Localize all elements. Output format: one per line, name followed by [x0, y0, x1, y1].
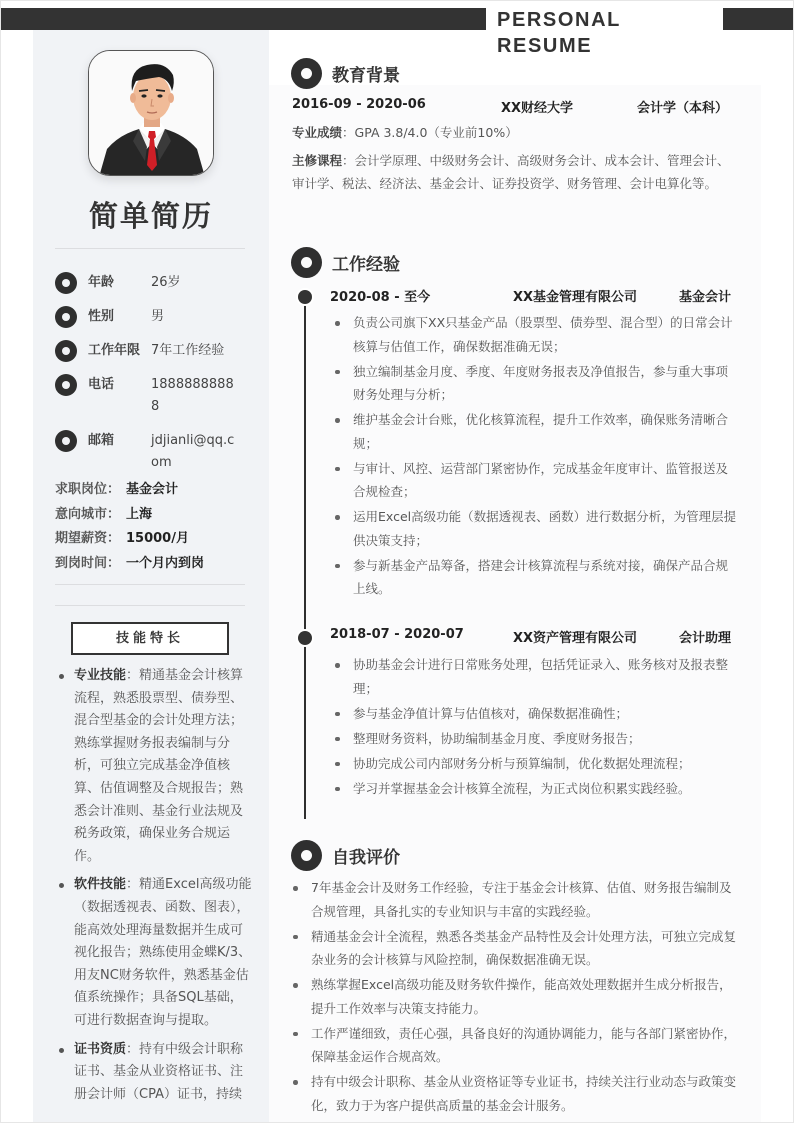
self-evaluation-bullet: 工作严谨细致，责任心强，具备良好的沟通协调能力，能与各部门紧密协作，保障基金运作… — [288, 1022, 738, 1069]
divider — [55, 584, 245, 585]
info-label: 年龄 — [77, 272, 151, 294]
experience-bullets: 协助基金会计进行日常账务处理，包括凭证录入、账务核对及报表整理； 参与基金净值计… — [330, 653, 740, 802]
job-intent-label: 到岗时间： — [55, 552, 126, 577]
experience-period: 2020-08 - 至今 — [330, 286, 430, 305]
experience-bullets: 负责公司旗下XX只基金产品（股票型、债券型、混合型）的日常会计核算与估值工作，确… — [330, 311, 740, 602]
section-title: 教育背景 — [332, 61, 400, 86]
job-intent-label: 期望薪资： — [55, 527, 126, 552]
job-intent-value: 15000/月 — [126, 531, 189, 546]
info-label: 工作年限 — [77, 340, 151, 362]
experience-bullet: 学习并掌握基金会计核算全流程，为正式岗位积累实践经验。 — [330, 777, 740, 801]
section-title: 自我评价 — [332, 843, 400, 868]
experience-header: 2020-08 - 至今 XX基金管理有限公司 基金会计 — [330, 286, 740, 308]
section-title: 工作经验 — [332, 250, 400, 275]
bullet-ring-icon — [55, 272, 77, 294]
skill-item: 软件技能：精通Excel高级功能（数据透视表、函数、图表），能高效处理海量数据并… — [55, 874, 255, 1032]
experience-bullet: 与审计、风控、运营部门紧密协作，完成基金年度审计、监管报送及合规检查； — [330, 457, 740, 504]
basic-info-list: 年龄 26岁 性别 男 工作年限 7年工作经验 电话 18888888888 邮… — [55, 272, 255, 486]
section-self-evaluation-header: 自我评价 — [291, 840, 400, 871]
experience-bullet: 协助完成公司内部财务分析与预算编制，优化数据处理流程； — [330, 752, 740, 776]
job-intent-list: 求职岗位：基金会计 意向城市：上海 期望薪资：15000/月 到岗时间：一个月内… — [55, 478, 255, 576]
experience-bullet: 独立编制基金月度、季度、年度财务报表及净值报告，参与重大事项财务处理与分析； — [330, 360, 740, 407]
resume-title: 简单简历 — [33, 194, 269, 235]
info-value: 7年工作经验 — [151, 340, 235, 362]
skill-name: 证书资质 — [74, 1042, 126, 1057]
experience-period: 2018-07 - 2020-07 — [330, 627, 464, 642]
bullet-ring-icon — [55, 374, 77, 396]
skill-item: 证书资质：持有中级会计职称证书、基金从业资格证书、注册会计师（CPA）证书，持续 — [55, 1039, 255, 1107]
info-row-age: 年龄 26岁 — [55, 272, 255, 294]
education-period: 2016-09 - 2020-06 — [292, 97, 426, 112]
job-intent-label: 求职岗位： — [55, 478, 126, 503]
bullet-ring-icon — [55, 306, 77, 328]
header-bar-left — [1, 8, 486, 30]
experience-bullet: 维护基金会计台账，优化核算流程，提升工作效率，确保账务清晰合规； — [330, 408, 740, 455]
timeline-dot-icon — [298, 631, 312, 645]
main-content: 教育背景 2016-09 - 2020-06 XX财经大学 会计学（本科） 专业… — [269, 30, 794, 1123]
experience-company: XX基金管理有限公司 — [513, 286, 637, 305]
experience-bullet: 负责公司旗下XX只基金产品（股票型、债券型、混合型）的日常会计核算与估值工作，确… — [330, 311, 740, 358]
education-gpa: 专业成绩：GPA 3.8/4.0（专业前10%） — [292, 122, 736, 145]
job-intent-value: 基金会计 — [126, 482, 178, 497]
info-value: 26岁 — [151, 272, 235, 294]
experience-header: 2018-07 - 2020-07 XX资产管理有限公司 会计助理 — [330, 627, 740, 649]
experience-bullet: 运用Excel高级功能（数据透视表、函数）进行数据分析，为管理层提供决策支持； — [330, 505, 740, 552]
section-ring-icon — [291, 58, 322, 89]
info-label: 电话 — [77, 374, 151, 396]
job-intent-row: 求职岗位：基金会计 — [55, 478, 255, 503]
divider — [55, 248, 245, 249]
timeline-dot-icon — [298, 290, 312, 304]
skills-heading: 技能特长 — [71, 622, 229, 655]
resume-page: PERSONAL RESUME — [0, 0, 794, 1123]
job-intent-row: 期望薪资：15000/月 — [55, 527, 255, 552]
self-evaluation-bullet: 7年基金会计及财务工作经验，专注于基金会计核算、估值、财务报告编制及合规管理，具… — [288, 876, 738, 923]
section-ring-icon — [291, 840, 322, 871]
job-intent-value: 上海 — [126, 507, 152, 522]
section-experience-header: 工作经验 — [291, 247, 400, 278]
courses-label: 主修课程 — [292, 153, 342, 168]
phone-value[interactable]: 18888888888 — [151, 374, 235, 418]
email-value[interactable]: jdjianli@qq.com — [151, 430, 235, 474]
info-row-experience-years: 工作年限 7年工作经验 — [55, 340, 255, 362]
education-courses: 主修课程：会计学原理、中级财务会计、高级财务会计、成本会计、管理会计、审计学、税… — [292, 150, 736, 196]
experience-bullet: 参与新基金产品筹备，搭建会计核算流程与系统对接，确保产品合规上线。 — [330, 554, 740, 601]
experience-bullet: 协助基金会计进行日常账务处理，包括凭证录入、账务核对及报表整理； — [330, 653, 740, 700]
education-school: XX财经大学 — [501, 97, 573, 116]
experience-bullet: 参与基金净值计算与估值核对，确保数据准确性； — [330, 702, 740, 726]
divider — [55, 605, 245, 606]
experience-role: 会计助理 — [679, 627, 731, 646]
education-row: 2016-09 - 2020-06 XX财经大学 会计学（本科） — [292, 97, 732, 119]
self-evaluation-bullet: 熟练掌握Excel高级功能及财务软件操作，能高效处理数据并生成分析报告，提升工作… — [288, 973, 738, 1020]
skill-name: 软件技能 — [74, 877, 126, 892]
info-label: 性别 — [77, 306, 151, 328]
self-evaluation-bullets: 7年基金会计及财务工作经验，专注于基金会计核算、估值、财务报告编制及合规管理，具… — [288, 876, 738, 1119]
info-row-phone: 电话 18888888888 — [55, 374, 255, 418]
skill-text: ：精通Excel高级功能（数据透视表、函数、图表），能高效处理海量数据并生成可视… — [74, 877, 251, 1028]
job-intent-label: 意向城市： — [55, 503, 126, 528]
experience-bullet: 整理财务资料，协助编制基金月度、季度财务报告； — [330, 727, 740, 751]
self-evaluation-bullet: 精通基金会计全流程，熟悉各类基金产品特性及会计处理方法，可独立完成复杂业务的会计… — [288, 925, 738, 972]
skill-text: ：精通基金会计核算流程，熟悉股票型、债券型、混合型基金的会计处理方法；熟练掌握财… — [74, 668, 243, 864]
bullet-ring-icon — [55, 340, 77, 362]
timeline-line — [304, 296, 306, 819]
experience-role: 基金会计 — [679, 286, 731, 305]
job-intent-row: 意向城市：上海 — [55, 503, 255, 528]
job-intent-row: 到岗时间：一个月内到岗 — [55, 552, 255, 577]
experience-company: XX资产管理有限公司 — [513, 627, 637, 646]
header-bar-right — [723, 8, 794, 30]
education-major: 会计学（本科） — [637, 97, 728, 116]
section-ring-icon — [291, 247, 322, 278]
info-row-email: 邮箱 jdjianli@qq.com — [55, 430, 255, 474]
skill-item: 专业技能：精通基金会计核算流程，熟悉股票型、债券型、混合型基金的会计处理方法；熟… — [55, 665, 255, 868]
skills-list: 专业技能：精通基金会计核算流程，熟悉股票型、债券型、混合型基金的会计处理方法；熟… — [55, 665, 255, 1112]
info-value: 男 — [151, 306, 235, 328]
gpa-label: 专业成绩 — [292, 125, 342, 140]
info-label: 邮箱 — [77, 430, 151, 452]
section-education-header: 教育背景 — [291, 58, 400, 89]
gpa-value: ：GPA 3.8/4.0（专业前10%） — [342, 125, 518, 140]
skill-name: 专业技能 — [74, 668, 126, 683]
info-row-gender: 性别 男 — [55, 306, 255, 328]
avatar — [88, 50, 214, 176]
avatar-portrait-icon — [89, 51, 214, 176]
job-intent-value: 一个月内到岗 — [126, 556, 204, 571]
bullet-ring-icon — [55, 430, 77, 452]
courses-value: ：会计学原理、中级财务会计、高级财务会计、成本会计、管理会计、审计学、税法、经济… — [292, 153, 730, 191]
self-evaluation-bullet: 持有中级会计职称、基金从业资格证等专业证书，持续关注行业动态与政策变化，致力于为… — [288, 1070, 738, 1117]
sidebar: 简单简历 年龄 26岁 性别 男 工作年限 7年工作经验 电话 18888888 — [33, 30, 269, 1123]
